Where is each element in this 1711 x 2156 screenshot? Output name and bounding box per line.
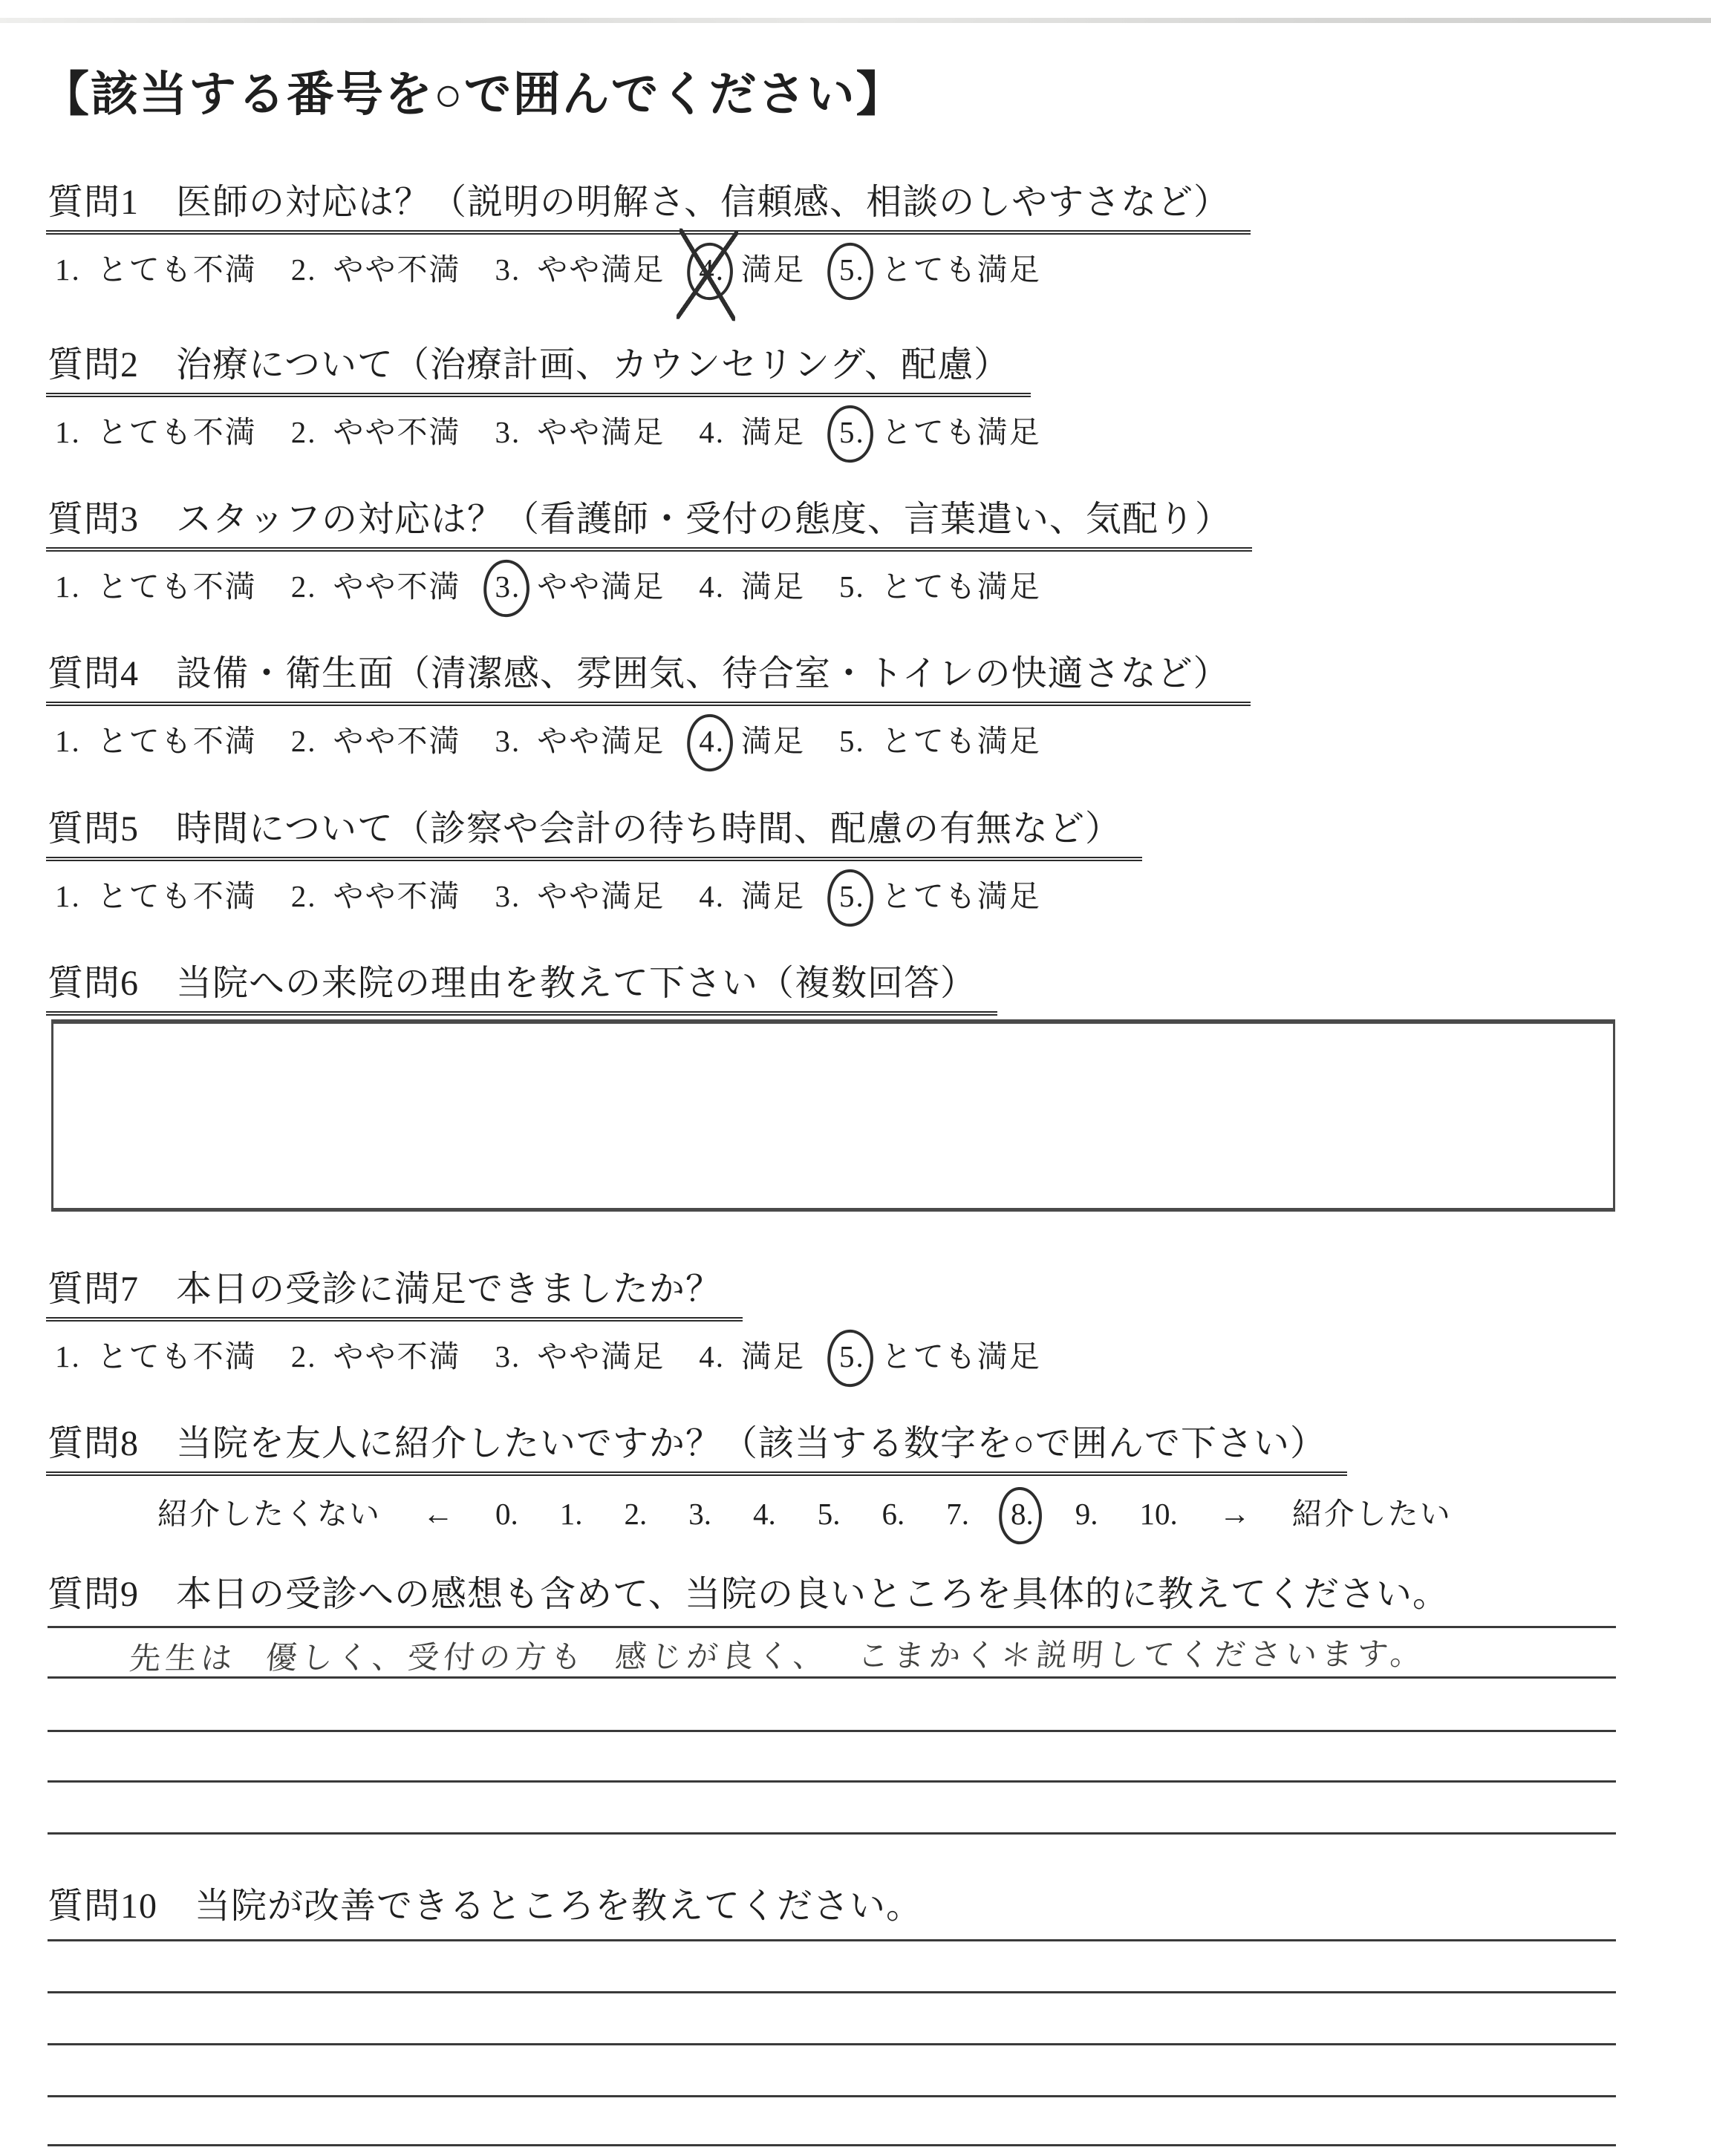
q1-label: 質問1: [48, 183, 139, 222]
q4-option-1: 1.とても不満: [55, 716, 257, 760]
q2-option-2-number: 2.: [291, 414, 317, 450]
q7-option-3-label: やや満足: [537, 1332, 665, 1376]
q5-option-2: 2.やや不満: [291, 872, 461, 915]
survey-page: 【該当する番号を○で囲んでください】 質問1医師の対応は？（説明の明解さ、信頼感…: [0, 0, 1711, 2156]
q9-label: 質問9: [48, 1575, 139, 1614]
q8-scale-9: 9.: [1075, 1496, 1098, 1532]
q8-scale-right-label: 紹介したい: [1292, 1489, 1452, 1533]
q4-heading: 質問4設備・衛生面（清潔感、雰囲気、待合室・トイレの快適さなど）: [46, 644, 1251, 706]
q1-option-2-label: やや不満: [333, 245, 461, 289]
q7-title: 本日の受診に満足できましたか？: [176, 1270, 722, 1309]
q10-heading: 質問10当院が改善できるところを教えてください。: [46, 1877, 943, 1928]
q10-title: 当院が改善できるところを教えてください。: [195, 1886, 922, 1926]
q1-option-4: 4.満足: [699, 245, 805, 289]
q4-option-1-label: とても不満: [97, 716, 257, 760]
q8-scale-7: 7.: [946, 1496, 969, 1532]
q8-scale-4: 4.: [753, 1496, 776, 1532]
q7-options: 1.とても不満 2.やや不満 3.やや満足 4.満足 5.とても満足: [46, 1332, 1041, 1376]
q10-label: 質問10: [48, 1886, 157, 1926]
q5-option-4-number: 4.: [699, 878, 725, 914]
q6-heading: 質問6当院への来院の理由を教えて下さい（複数回答）: [46, 954, 997, 1016]
answer-line: [48, 2095, 1616, 2097]
q2-option-4-number: 4.: [699, 414, 725, 450]
q8-scale: 紹介したくない ← 0. 1. 2. 3. 4. 5. 6. 7. 8. 9. …: [46, 1489, 1452, 1533]
q2-option-5-label: とても満足: [881, 408, 1041, 451]
q4-section: 質問4設備・衛生面（清潔感、雰囲気、待合室・トイレの快適さなど） 1.とても不満…: [46, 644, 1251, 760]
q2-option-2: 2.やや不満: [291, 408, 461, 451]
q5-option-4-label: 満足: [741, 872, 805, 915]
q2-option-3-number: 3.: [495, 414, 521, 450]
page-title: 【該当する番号を○で囲んでください】: [42, 56, 905, 125]
q2-option-3-label: やや満足: [537, 408, 665, 451]
q2-option-3: 3.やや満足: [495, 408, 665, 451]
q8-section: 質問8当院を友人に紹介したいですか？（該当する数字を○で囲んで下さい） 紹介した…: [46, 1414, 1452, 1533]
q8-scale-0: 0.: [495, 1496, 518, 1532]
q7-option-4-number: 4.: [699, 1339, 725, 1374]
q3-option-2: 2.やや不満: [291, 562, 461, 606]
q1-option-2: 2.やや不満: [291, 245, 461, 289]
q3-option-3-label: やや満足: [537, 562, 665, 606]
q2-option-2-label: やや不満: [333, 408, 461, 451]
q5-title: 時間について（診察や会計の待ち時間、配慮の有無など）: [176, 809, 1121, 849]
q3-label: 質問3: [48, 500, 139, 539]
q3-option-2-number: 2.: [291, 569, 317, 604]
q1-option-1-label: とても不満: [97, 245, 257, 289]
q7-label: 質問7: [48, 1270, 139, 1309]
q4-option-3-number: 3.: [495, 723, 521, 759]
q8-label: 質問8: [48, 1424, 139, 1463]
q4-option-5: 5.とても満足: [839, 716, 1041, 760]
q7-option-1: 1.とても不満: [55, 1332, 257, 1376]
q4-option-3: 3.やや満足: [495, 716, 665, 760]
q8-scale-left-label: 紹介したくない: [157, 1489, 381, 1533]
q7-option-1-number: 1.: [55, 1339, 81, 1374]
q9-handwritten-answer: 先生は 優しく、受付の方も 感じが良く、 こまかく＊説明してくださいます。: [128, 1630, 1428, 1679]
q9-title: 本日の受診への感想も含めて、当院の良いところを具体的に教えてください。: [176, 1575, 1449, 1614]
q1-option-3-label: やや満足: [537, 245, 665, 289]
q7-option-4-label: 満足: [741, 1332, 805, 1376]
q7-section: 質問7本日の受診に満足できましたか？ 1.とても不満 2.やや不満 3.やや満足…: [46, 1260, 1041, 1376]
q5-option-3-label: やや満足: [537, 872, 665, 915]
answer-line: [48, 1991, 1616, 1993]
q1-heading: 質問1医師の対応は？（説明の明解さ、信頼感、相談のしやすさなど）: [46, 173, 1251, 235]
q8-scale-5: 5.: [818, 1496, 841, 1532]
q7-option-5-number: 5.: [839, 1339, 865, 1374]
q5-option-5-number: 5.: [839, 878, 865, 914]
q1-title: 医師の対応は？（説明の明解さ、信頼感、相談のしやすさなど）: [176, 183, 1230, 222]
q5-option-1-number: 1.: [55, 878, 81, 914]
q8-scale-3: 3.: [688, 1496, 711, 1532]
q5-option-5-label: とても満足: [881, 872, 1041, 915]
q4-option-1-number: 1.: [55, 723, 81, 759]
answer-line: [48, 1780, 1616, 1783]
q6-answer-box: [51, 1019, 1615, 1212]
q3-option-1-number: 1.: [55, 569, 81, 604]
q4-option-4: 4.満足: [699, 716, 805, 760]
q8-heading: 質問8当院を友人に紹介したいですか？（該当する数字を○で囲んで下さい）: [46, 1414, 1347, 1476]
q2-option-1-label: とても不満: [97, 408, 257, 451]
q1-option-2-number: 2.: [291, 252, 317, 287]
q2-section: 質問2治療について（治療計画、カウンセリング、配慮） 1.とても不満 2.やや不…: [46, 336, 1041, 451]
q5-option-5: 5.とても満足: [839, 872, 1041, 915]
q8-scale-1: 1.: [560, 1496, 583, 1532]
q8-title: 当院を友人に紹介したいですか？（該当する数字を○で囲んで下さい）: [176, 1424, 1326, 1463]
q3-option-1-label: とても不満: [97, 562, 257, 606]
answer-line: [48, 2043, 1616, 2045]
q7-option-2-number: 2.: [291, 1339, 317, 1374]
q2-option-5: 5.とても満足: [839, 408, 1041, 451]
q2-option-1: 1.とても不満: [55, 408, 257, 451]
q5-option-3: 3.やや満足: [495, 872, 665, 915]
q2-title: 治療について（治療計画、カウンセリング、配慮）: [176, 345, 1010, 385]
q2-label: 質問2: [48, 345, 139, 385]
q7-option-2-label: やや不満: [333, 1332, 461, 1376]
q3-heading: 質問3スタッフの対応は？（看護師・受付の態度、言葉遣い、気配り）: [46, 490, 1252, 552]
scan-artifact-line: [0, 18, 1711, 23]
q4-option-3-label: やや満足: [537, 716, 665, 760]
q3-options: 1.とても不満 2.やや不満 3.やや満足 4.満足 5.とても満足: [46, 562, 1252, 606]
q2-option-1-number: 1.: [55, 414, 81, 450]
q5-option-4: 4.満足: [699, 872, 805, 915]
q4-option-4-label: 満足: [741, 716, 805, 760]
q3-option-2-label: やや不満: [333, 562, 461, 606]
q3-option-3-number: 3.: [495, 569, 521, 604]
q4-option-2: 2.やや不満: [291, 716, 461, 760]
q5-option-2-number: 2.: [291, 878, 317, 914]
q3-section: 質問3スタッフの対応は？（看護師・受付の態度、言葉遣い、気配り） 1.とても不満…: [46, 490, 1252, 606]
q4-option-5-number: 5.: [839, 723, 865, 759]
q8-scale-8: 8.: [1011, 1496, 1034, 1532]
q3-option-5: 5.とても満足: [839, 562, 1041, 606]
q4-title: 設備・衛生面（清潔感、雰囲気、待合室・トイレの快適さなど）: [176, 654, 1230, 693]
answer-line: [48, 1939, 1616, 1941]
q5-label: 質問5: [48, 809, 139, 849]
answer-line: [48, 1676, 1616, 1679]
q8-scale-2: 2.: [625, 1496, 648, 1532]
q4-option-2-number: 2.: [291, 723, 317, 759]
q9-heading: 質問9本日の受診への感想も含めて、当院の良いところを具体的に教えてください。: [46, 1565, 1470, 1616]
q7-heading: 質問7本日の受診に満足できましたか？: [46, 1260, 743, 1322]
q5-option-1-label: とても不満: [97, 872, 257, 915]
left-arrow-icon: ←: [423, 1497, 454, 1532]
q1-option-5-label: とても満足: [881, 245, 1041, 289]
q1-option-4-number: 4.: [699, 252, 725, 287]
q6-label: 質問6: [48, 964, 139, 1003]
q5-options: 1.とても不満 2.やや不満 3.やや満足 4.満足 5.とても満足: [46, 872, 1142, 915]
q4-option-5-label: とても満足: [881, 716, 1041, 760]
q2-option-4: 4.満足: [699, 408, 805, 451]
q7-option-2: 2.やや不満: [291, 1332, 461, 1376]
q9-section: 質問9本日の受診への感想も含めて、当院の良いところを具体的に教えてください。: [46, 1565, 1470, 1616]
q7-option-3: 3.やや満足: [495, 1332, 665, 1376]
right-arrow-icon: →: [1219, 1497, 1251, 1532]
q1-section: 質問1医師の対応は？（説明の明解さ、信頼感、相談のしやすさなど） 1.とても不満…: [46, 173, 1251, 289]
q4-options: 1.とても不満 2.やや不満 3.やや満足 4.満足 5.とても満足: [46, 716, 1251, 760]
answer-line: [48, 2144, 1616, 2146]
q6-section: 質問6当院への来院の理由を教えて下さい（複数回答）: [46, 954, 997, 1016]
q7-option-5: 5.とても満足: [839, 1332, 1041, 1376]
q5-heading: 質問5時間について（診察や会計の待ち時間、配慮の有無など）: [46, 800, 1142, 861]
q7-option-1-label: とても不満: [97, 1332, 257, 1376]
q10-section: 質問10当院が改善できるところを教えてください。: [46, 1877, 943, 1928]
q2-option-5-number: 5.: [839, 414, 865, 450]
q2-option-4-label: 満足: [741, 408, 805, 451]
answer-line: [48, 1626, 1616, 1628]
answer-line: [48, 1730, 1616, 1732]
q1-option-1: 1.とても不満: [55, 245, 257, 289]
q6-title: 当院への来院の理由を教えて下さい（複数回答）: [176, 964, 977, 1003]
q1-option-3-number: 3.: [495, 252, 521, 287]
q1-option-1-number: 1.: [55, 252, 81, 287]
answer-line: [48, 1832, 1616, 1835]
q3-option-4: 4.満足: [699, 562, 805, 606]
q4-option-2-label: やや不満: [333, 716, 461, 760]
q1-option-4-label: 満足: [741, 245, 805, 289]
q3-option-4-number: 4.: [699, 569, 725, 604]
q5-option-2-label: やや不満: [333, 872, 461, 915]
q7-option-3-number: 3.: [495, 1339, 521, 1374]
q1-options: 1.とても不満 2.やや不満 3.やや満足 4.満足 5.とても満足: [46, 245, 1251, 289]
q2-heading: 質問2治療について（治療計画、カウンセリング、配慮）: [46, 336, 1031, 397]
q7-option-5-label: とても満足: [881, 1332, 1041, 1376]
q1-option-5: 5.とても満足: [839, 245, 1041, 289]
q4-option-4-number: 4.: [699, 723, 725, 759]
q3-option-5-label: とても満足: [881, 562, 1041, 606]
q3-option-5-number: 5.: [839, 569, 865, 604]
q3-option-1: 1.とても不満: [55, 562, 257, 606]
q8-scale-6: 6.: [882, 1496, 905, 1532]
q7-option-4: 4.満足: [699, 1332, 805, 1376]
q4-label: 質問4: [48, 654, 139, 693]
q3-option-3: 3.やや満足: [495, 562, 665, 606]
q3-option-4-label: 満足: [741, 562, 805, 606]
q5-option-1: 1.とても不満: [55, 872, 257, 915]
q8-scale-10: 10.: [1140, 1496, 1178, 1532]
q5-option-3-number: 3.: [495, 878, 521, 914]
q3-title: スタッフの対応は？（看護師・受付の態度、言葉遣い、気配り）: [176, 500, 1231, 539]
q1-option-5-number: 5.: [839, 252, 865, 287]
q5-section: 質問5時間について（診察や会計の待ち時間、配慮の有無など） 1.とても不満 2.…: [46, 800, 1142, 915]
q2-options: 1.とても不満 2.やや不満 3.やや満足 4.満足 5.とても満足: [46, 408, 1041, 451]
q1-option-3: 3.やや満足: [495, 245, 665, 289]
